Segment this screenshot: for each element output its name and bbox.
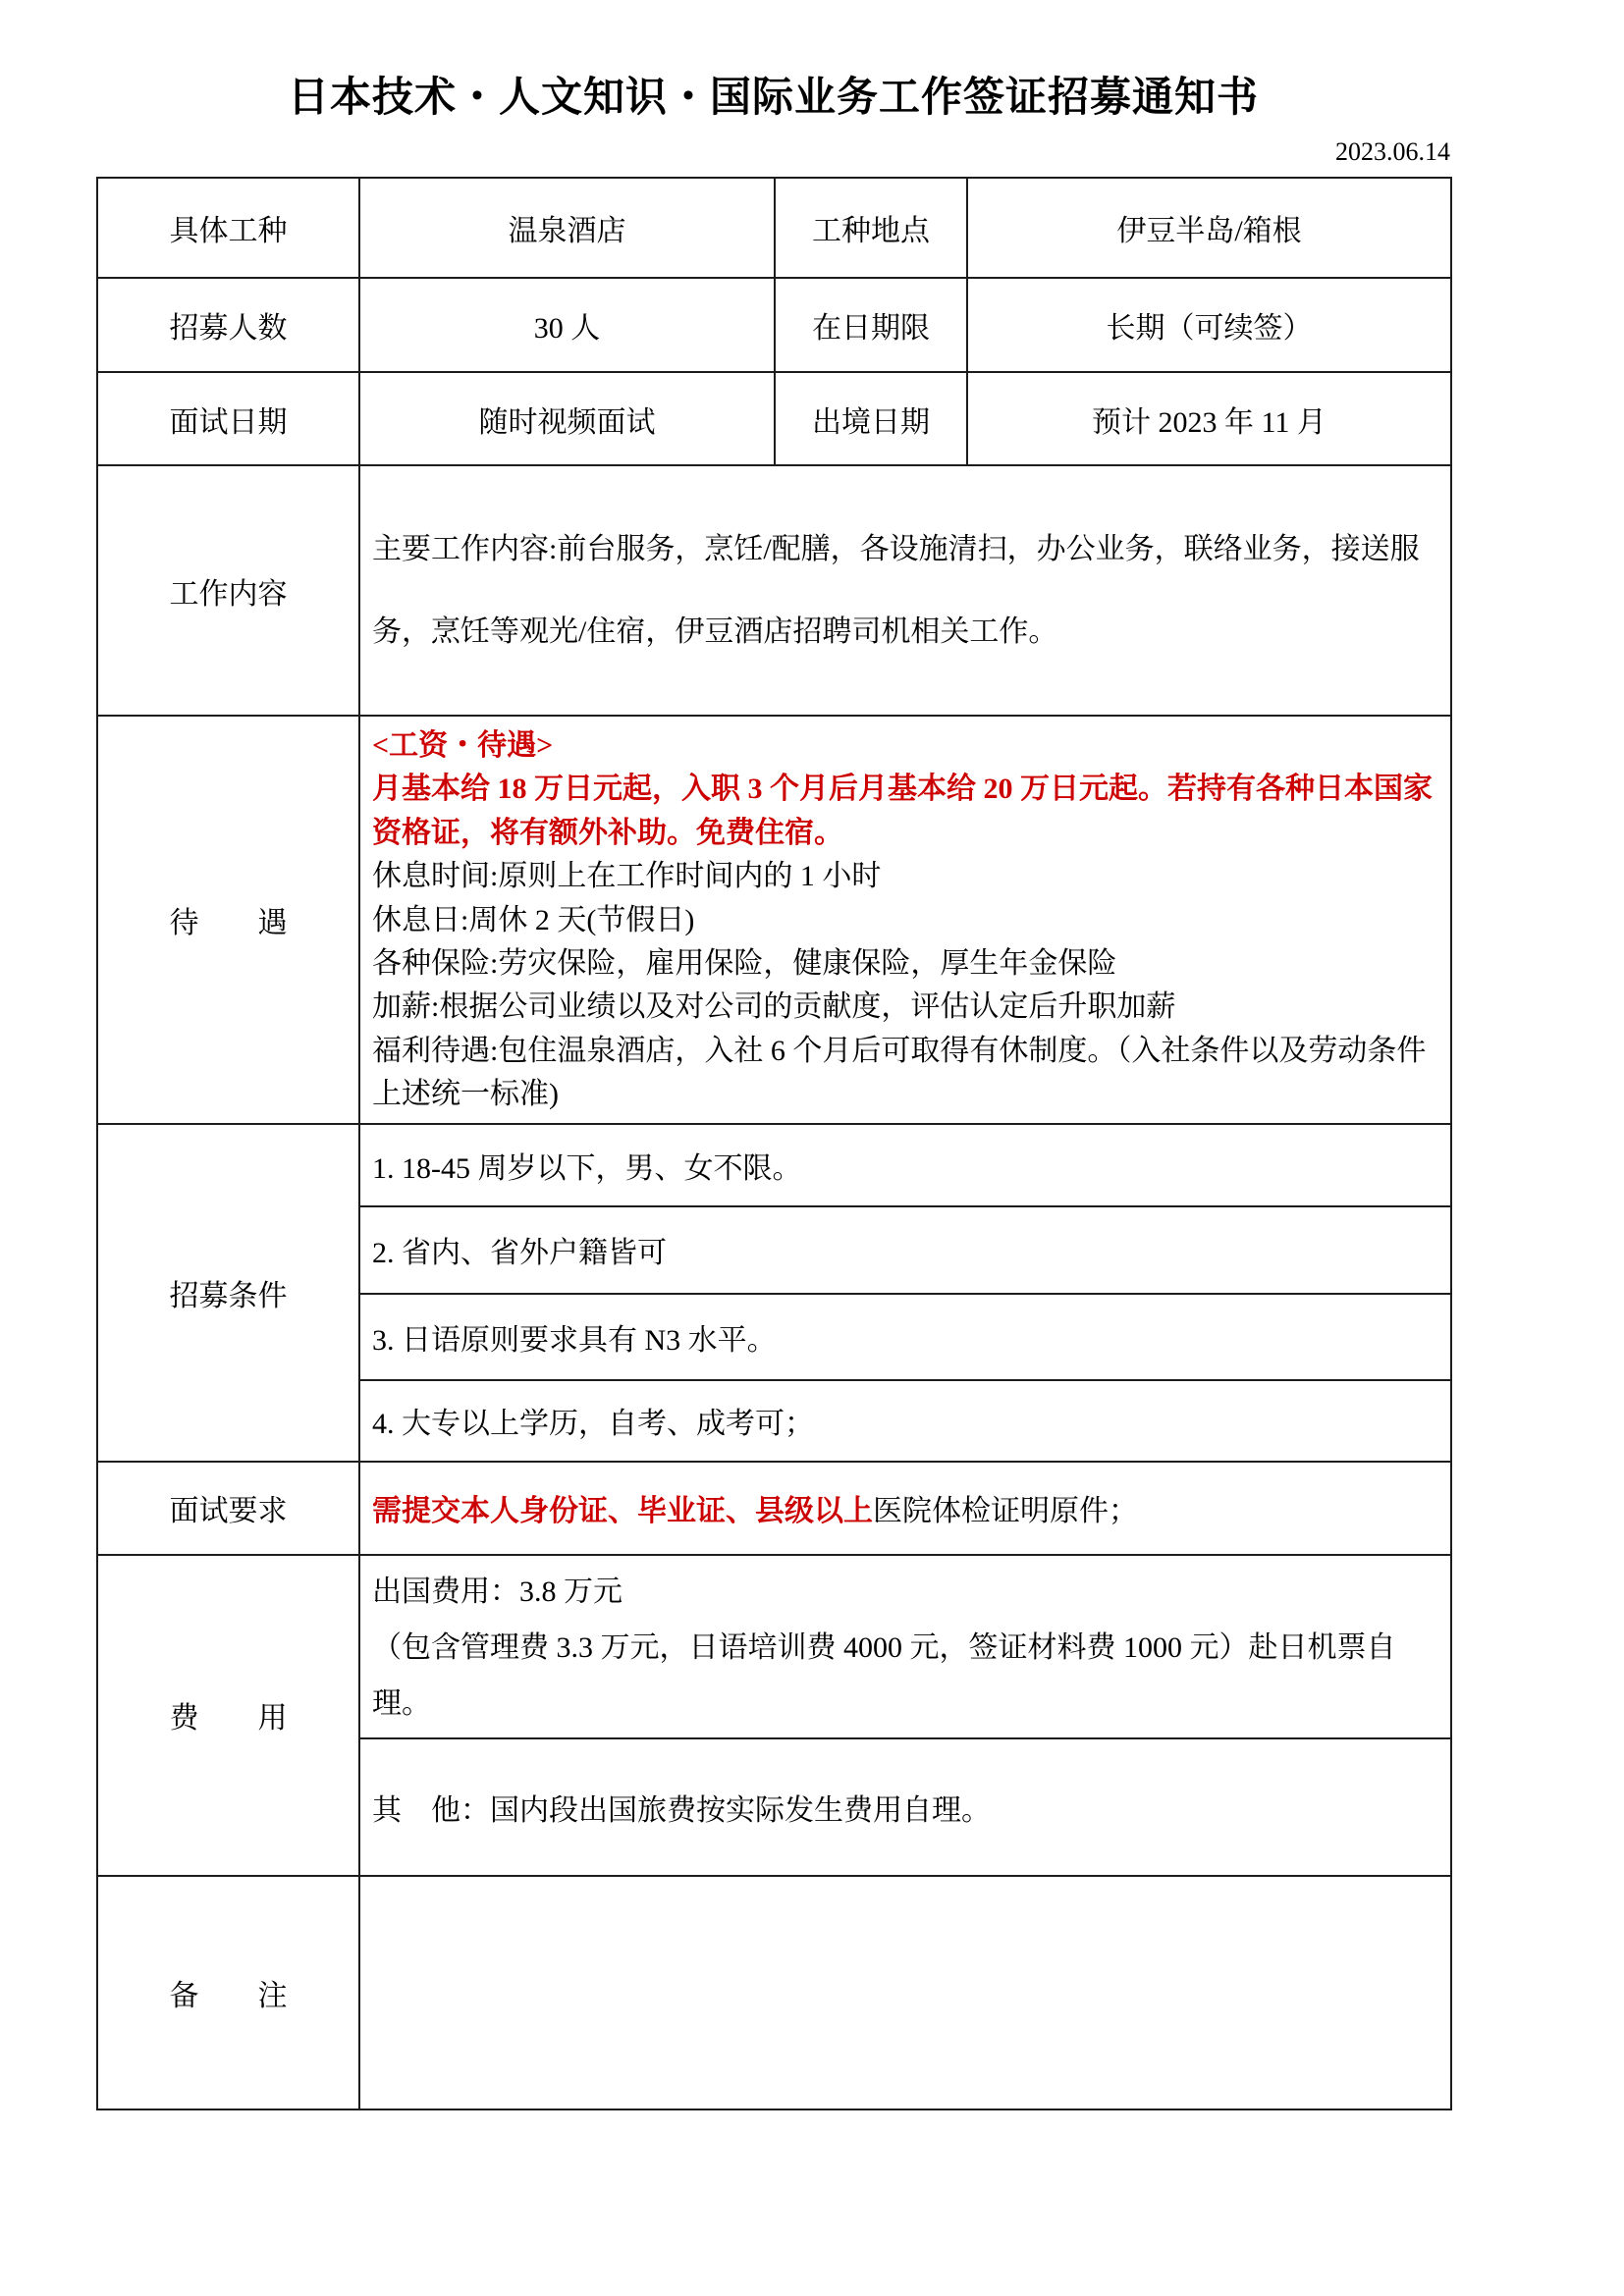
- fees-abroad-cost: 出国费用：3.8 万元 （包含管理费 3.3 万元，日语培训费 4000 元，签…: [359, 1555, 1451, 1738]
- table-row: 备 注: [97, 1876, 1451, 2109]
- condition-item: 1. 18-45 周岁以下，男、女不限。: [359, 1124, 1451, 1206]
- job-type-value: 温泉酒店: [359, 178, 775, 278]
- salary-section-title: <工资・待遇>: [372, 724, 1440, 768]
- document-page: 日本技术・人文知识・国际业务工作签证招募通知书 2023.06.14 具体工种 …: [0, 0, 1624, 2296]
- job-type-label: 具体工种: [97, 178, 359, 278]
- recruitment-table: 具体工种 温泉酒店 工种地点 伊豆半岛/箱根 招募人数 30 人 在日期限 长期…: [96, 177, 1452, 2110]
- condition-item: 4. 大专以上学历，自考、成考可；: [359, 1380, 1451, 1462]
- document-date: 2023.06.14: [96, 137, 1450, 167]
- interview-requirement-rest: 医院体检证明原件；: [873, 1495, 1138, 1527]
- headcount-label: 招募人数: [97, 278, 359, 372]
- condition-item: 3. 日语原则要求具有 N3 水平。: [359, 1294, 1451, 1380]
- table-row: 费 用 出国费用：3.8 万元 （包含管理费 3.3 万元，日语培训费 4000…: [97, 1555, 1451, 1738]
- recruit-conditions-label: 招募条件: [97, 1124, 359, 1462]
- stay-period-value: 长期（可续签）: [967, 278, 1451, 372]
- interview-requirement-text: 需提交本人身份证、毕业证、县级以上医院体检证明原件；: [359, 1462, 1451, 1555]
- stay-period-label: 在日期限: [775, 278, 967, 372]
- interview-requirement-label: 面试要求: [97, 1462, 359, 1555]
- job-location-value: 伊豆半岛/箱根: [967, 178, 1451, 278]
- fees-cost-breakdown: （包含管理费 3.3 万元，日语培训费 4000 元，签证材料费 1000 元）…: [372, 1620, 1440, 1732]
- fees-cost-line: 出国费用：3.8 万元: [372, 1564, 1440, 1620]
- work-content-text: 主要工作内容:前台服务，烹饪/配膳，各设施清扫，办公业务，联络业务，接送服务，烹…: [359, 465, 1451, 716]
- treatment-item: 休息日:周休 2 天(节假日): [372, 899, 1440, 942]
- headcount-value: 30 人: [359, 278, 775, 372]
- treatment-item: 加薪:根据公司业绩以及对公司的贡献度，评估认定后升职加薪: [372, 986, 1440, 1029]
- fees-other: 其 他：国内段出国旅费按实际发生费用自理。: [359, 1738, 1451, 1876]
- interview-date-label: 面试日期: [97, 372, 359, 465]
- condition-item: 2. 省内、省外户籍皆可: [359, 1206, 1451, 1294]
- table-row: 具体工种 温泉酒店 工种地点 伊豆半岛/箱根: [97, 178, 1451, 278]
- table-row: 面试要求 需提交本人身份证、毕业证、县级以上医院体检证明原件；: [97, 1462, 1451, 1555]
- treatment-item: 福利待遇:包住温泉酒店，入社 6 个月后可取得有休制度。（入社条件以及劳动条件上…: [372, 1030, 1440, 1117]
- treatment-item: 各种保险:劳灾保险，雇用保险，健康保险，厚生年金保险: [372, 942, 1440, 986]
- work-content-label: 工作内容: [97, 465, 359, 716]
- table-row: 待 遇 <工资・待遇> 月基本给 18 万日元起，入职 3 个月后月基本给 20…: [97, 716, 1451, 1124]
- table-row: 工作内容 主要工作内容:前台服务，烹饪/配膳，各设施清扫，办公业务，联络业务，接…: [97, 465, 1451, 716]
- fees-label: 费 用: [97, 1555, 359, 1876]
- table-row: 招募人数 30 人 在日期限 长期（可续签）: [97, 278, 1451, 372]
- remarks-text: [359, 1876, 1451, 2109]
- remarks-label: 备 注: [97, 1876, 359, 2109]
- departure-date-label: 出境日期: [775, 372, 967, 465]
- job-location-label: 工种地点: [775, 178, 967, 278]
- treatment-details: <工资・待遇> 月基本给 18 万日元起，入职 3 个月后月基本给 20 万日元…: [359, 716, 1451, 1124]
- treatment-label: 待 遇: [97, 716, 359, 1124]
- salary-highlight-text: 月基本给 18 万日元起，入职 3 个月后月基本给 20 万日元起。若持有各种日…: [372, 768, 1440, 855]
- page-title: 日本技术・人文知识・国际业务工作签证招募通知书: [96, 65, 1450, 124]
- departure-date-value: 预计 2023 年 11 月: [967, 372, 1451, 465]
- interview-date-value: 随时视频面试: [359, 372, 775, 465]
- treatment-item: 休息时间:原则上在工作时间内的 1 小时: [372, 855, 1440, 898]
- table-row: 面试日期 随时视频面试 出境日期 预计 2023 年 11 月: [97, 372, 1451, 465]
- interview-requirement-highlight: 需提交本人身份证、毕业证、县级以上: [372, 1495, 873, 1527]
- table-row: 招募条件 1. 18-45 周岁以下，男、女不限。: [97, 1124, 1451, 1206]
